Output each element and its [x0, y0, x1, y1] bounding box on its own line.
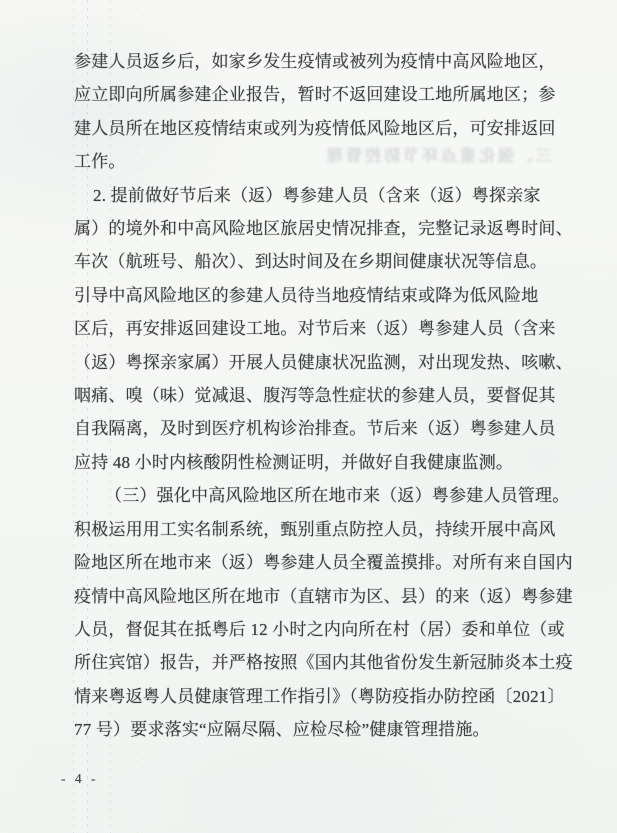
- text-line: 参建人员返乡后，如家乡发生疫情或被列为疫情中高风险地区，: [74, 45, 562, 78]
- text-line: 疫情中高风险地区所在地市（直辖市为区、县）的来（返）粤参建: [74, 580, 562, 613]
- scanned-document-page: 三、强化重点环节防控管理 参建人员返乡后，如家乡发生疫情或被列为疫情中高风险地区…: [0, 0, 617, 833]
- text-line: （三）强化中高风险地区所在地市来（返）粤参建人员管理。: [74, 479, 562, 512]
- text-line: 积极运用用工实名制系统，甄别重点防控人员，持续开展中高风: [74, 513, 562, 546]
- text-line: 77 号）要求落实“应隔尽隔、应检尽检”健康管理措施。: [74, 713, 562, 746]
- text-line: 情来粤返粤人员健康管理工作指引》（粤防疫指办防控函〔2021〕: [74, 680, 562, 713]
- text-line: 自我隔离，及时到医疗机构诊治排查。节后来（返）粤参建人员: [74, 412, 562, 445]
- text-line: 咽痛、嗅（味）觉减退、腹泻等急性症状的参建人员，要督促其: [74, 379, 562, 412]
- text-line: 区后，再安排返回建设工地。对节后来（返）粤参建人员（含来: [74, 312, 562, 345]
- document-body: 参建人员返乡后，如家乡发生疫情或被列为疫情中高风险地区，应立即向所属参建企业报告…: [74, 45, 562, 747]
- text-line: 应持 48 小时内核酸阴性检测证明，并做好自我健康监测。: [74, 446, 562, 479]
- text-line: 建人员所在地区疫情结束或列为疫情低风险地区后，可安排返回: [74, 112, 562, 145]
- text-line: 引导中高风险地区的参建人员待当地疫情结束或降为低风险地: [74, 279, 562, 312]
- text-line: 应立即向所属参建企业报告，暂时不返回建设工地所属地区；参: [74, 78, 562, 111]
- text-line: 2. 提前做好节后来（返）粤参建人员（含来（返）粤探亲家: [74, 179, 562, 212]
- text-line: 属）的境外和中高风险地区旅居史情况排查，完整记录返粤时间、: [74, 212, 562, 245]
- text-line: 工作。: [74, 145, 562, 178]
- text-line: （返）粤探亲家属）开展人员健康状况监测，对出现发热、咳嗽、: [74, 346, 562, 379]
- text-line: 车次（航班号、船次）、到达时间及在乡期间健康状况等信息。: [74, 245, 562, 278]
- text-line: 人员，督促其在抵粤后 12 小时之内向所在村（居）委和单位（或: [74, 613, 562, 646]
- text-line: 所住宾馆）报告，并严格按照《国内其他省份发生新冠肺炎本土疫: [74, 646, 562, 679]
- text-line: 险地区所在地市来（返）粤参建人员全覆盖摸排。对所有来自国内: [74, 546, 562, 579]
- page-number: - 4 -: [61, 771, 99, 787]
